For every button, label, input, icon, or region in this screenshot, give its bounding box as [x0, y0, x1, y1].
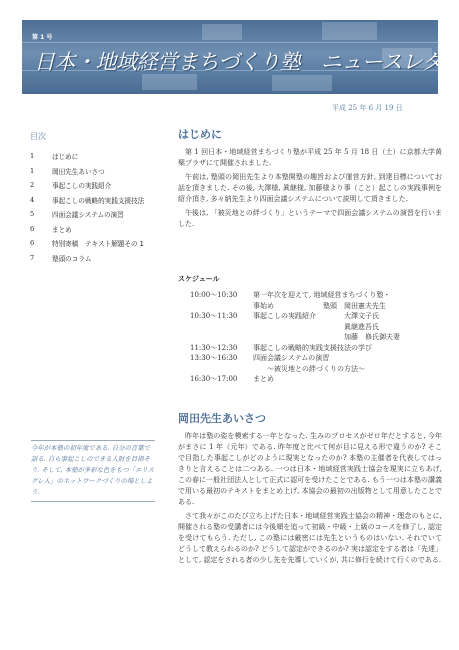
schedule-time: 16:30～17:00	[190, 374, 253, 385]
publication-date: 平成 25 年 6 月 19 日	[332, 103, 403, 113]
schedule-time: 10:30～11:30	[190, 311, 253, 322]
schedule-table: 10:00～10:30第一年次を迎えて, 地域経営まちづくり塾・ 事始め 塾頭 …	[190, 290, 450, 385]
toc-item[interactable]: 1岡田先生あいさつ	[30, 164, 170, 179]
schedule-time: 13:30～16:30	[190, 353, 253, 364]
banner-decor	[272, 75, 332, 91]
schedule-row: 加藤 修氏御夫妻	[190, 332, 450, 343]
paragraph: 午後は, 「被災地との絆づくり」というテーマで四面会議システムの演習を行いました…	[178, 208, 442, 230]
toc-heading: 目次	[30, 131, 46, 142]
toc-item[interactable]: 5四面会議システムの演習	[30, 207, 170, 222]
banner-decor	[22, 42, 438, 43]
schedule-desc: まとめ	[253, 374, 450, 385]
toc-page: 5	[30, 210, 52, 218]
schedule-desc: 事起こしの実践紹介 大澤文子氏	[253, 311, 450, 322]
toc-page: 7	[30, 254, 52, 262]
schedule-desc: 四面会議システムの演習	[253, 353, 450, 364]
table-of-contents: 1はじめに 1岡田先生あいさつ 2事起こしの実践紹介 4事起こしの戦略的実践支援…	[30, 149, 170, 265]
toc-item[interactable]: 6 特別寄稿 テキスト解題その 1	[30, 236, 170, 251]
toc-page: 4	[30, 196, 52, 204]
schedule-time: 10:00～10:30	[190, 290, 253, 301]
banner-decor	[142, 74, 197, 90]
schedule-heading: スケジュール	[178, 274, 220, 284]
schedule-row: 13:30～16:30四面会議システムの演習	[190, 353, 450, 364]
toc-label: 事起こしの戦略的実践支援技法	[52, 195, 144, 205]
pull-quote: 今年が本塾の初年度である. 自分の言葉で語る. 自ら事起こしのできる人財を目指そ…	[31, 440, 155, 502]
schedule-row: 眞継進吾氏	[190, 322, 450, 333]
schedule-desc: ～被災地との絆づくりの方法～	[253, 364, 450, 375]
section-heading-greeting: 岡田先生あいさつ	[178, 410, 266, 426]
toc-label: 塾頭のコラム	[52, 253, 92, 263]
paragraph: 午前は, 塾頭の岡田先生より本塾開塾の趣旨および運営方針, 到達目標についてお話…	[178, 172, 442, 205]
paragraph: さて我々がこのたび立ち上げた日本・地域経営実践士協会の精神・理念のもとに, 開催…	[178, 511, 442, 566]
toc-label: まとめ	[52, 224, 72, 234]
schedule-time: 11:30～12:30	[190, 343, 253, 354]
schedule-desc: 事始め 塾頭 岡田憲夫先生	[253, 301, 450, 312]
schedule-time	[190, 301, 253, 312]
schedule-time	[190, 322, 253, 333]
newsletter-title: 日本・地域経営まちづくり塾 ニュースレター	[34, 46, 438, 76]
greeting-body: 昨年は塾の姿を模索する一年となった. 生みのプロセスがゼロ年だとすると, 今年が…	[178, 431, 442, 569]
banner-decor	[202, 24, 242, 40]
schedule-time	[190, 364, 253, 375]
paragraph: 第 1 回日本・地域経営まちづくり塾が平成 25 年 5 月 18 日（土）に京…	[178, 147, 442, 169]
schedule-desc: 第一年次を迎えて, 地域経営まちづくり塾・	[253, 290, 450, 301]
section-heading-intro: はじめに	[178, 126, 222, 142]
schedule-desc: 加藤 修氏御夫妻	[253, 332, 450, 343]
toc-label: 事起こしの実践紹介	[52, 180, 111, 190]
schedule-row: 10:30～11:30事起こしの実践紹介 大澤文子氏	[190, 311, 450, 322]
toc-page: 6	[30, 225, 52, 233]
toc-page: 1	[30, 167, 52, 175]
schedule-time	[190, 332, 253, 343]
schedule-row: 16:30～17:00まとめ	[190, 374, 450, 385]
toc-label: はじめに	[52, 151, 78, 161]
schedule-row: ～被災地との絆づくりの方法～	[190, 364, 450, 375]
toc-label: 岡田先生あいさつ	[52, 166, 105, 176]
schedule-row: 事始め 塾頭 岡田憲夫先生	[190, 301, 450, 312]
issue-number: 第 1 号	[32, 32, 52, 41]
schedule-row: 10:00～10:30第一年次を迎えて, 地域経営まちづくり塾・	[190, 290, 450, 301]
schedule-row: 11:30～12:30事起こしの戦略的実践支援技法の学び	[190, 343, 450, 354]
toc-item[interactable]: 2事起こしの実践紹介	[30, 178, 170, 193]
newsletter-banner: 第 1 号 日本・地域経営まちづくり塾 ニュースレター	[22, 20, 438, 94]
banner-decor	[322, 22, 377, 40]
toc-item[interactable]: 7 塾頭のコラム	[30, 251, 170, 266]
schedule-desc: 事起こしの戦略的実践支援技法の学び	[253, 343, 450, 354]
toc-page: 6	[30, 239, 52, 247]
toc-label: 四面会議システムの演習	[52, 209, 124, 219]
schedule-desc: 眞継進吾氏	[253, 322, 450, 333]
toc-item[interactable]: 6 まとめ	[30, 222, 170, 237]
toc-item[interactable]: 1はじめに	[30, 149, 170, 164]
toc-page: 2	[30, 181, 52, 189]
toc-item[interactable]: 4事起こしの戦略的実践支援技法	[30, 193, 170, 208]
paragraph: 昨年は塾の姿を模索する一年となった. 生みのプロセスがゼロ年だとすると, 今年が…	[178, 431, 442, 508]
toc-label: 特別寄稿 テキスト解題その 1	[52, 238, 144, 248]
toc-page: 1	[30, 152, 52, 160]
intro-body: 第 1 回日本・地域経営まちづくり塾が平成 25 年 5 月 18 日（土）に京…	[178, 147, 442, 233]
